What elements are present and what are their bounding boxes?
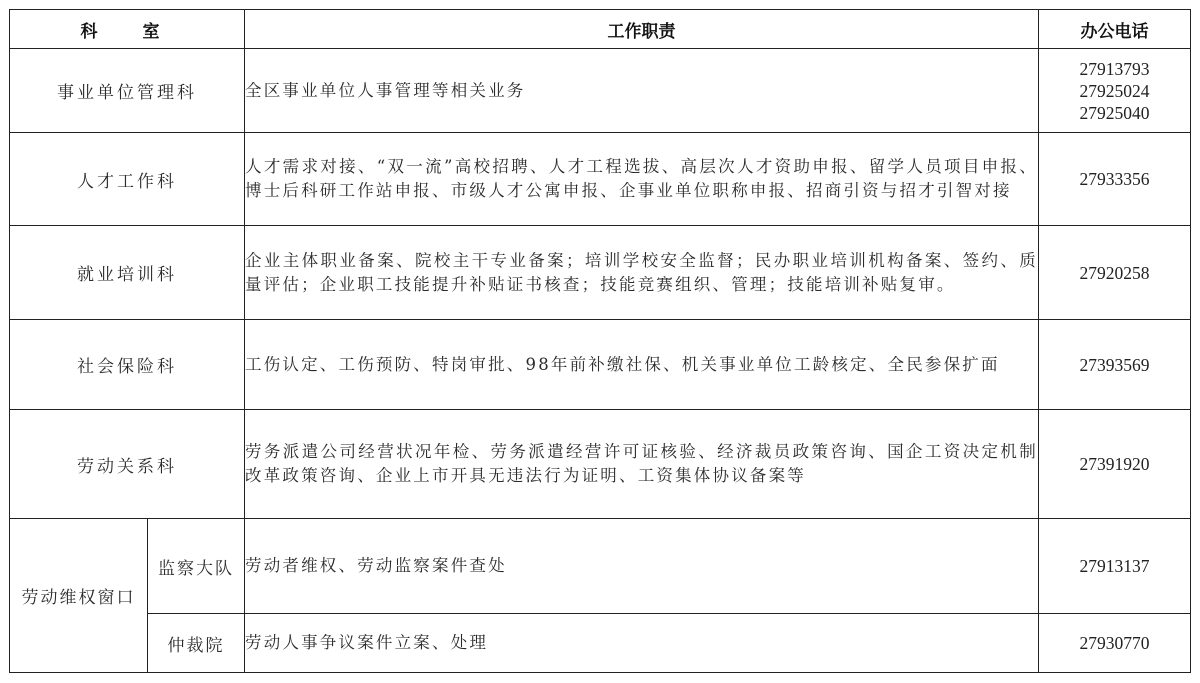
phone-cell: 27913793 27925024 27925040 [1039,49,1191,133]
group-department-name: 劳动维权窗口 [10,519,148,673]
header-row: 科 室 工作职责 办公电话 [10,10,1191,49]
department-name: 事业单位管理科 [10,49,245,133]
phone-number: 27913137 [1039,555,1190,577]
subunit-name: 仲裁院 [148,614,245,673]
header-phone: 办公电话 [1039,10,1191,49]
table-row: 社会保险科 工伤认定、工伤预防、特岗审批、98年前补缴社保、机关事业单位工龄核定… [10,320,1191,410]
duty-text: 企业主体职业备案、院校主干专业备案；培训学校安全监督；民办职业培训机构备案、签约… [245,226,1039,320]
duty-text: 劳动者维权、劳动监察案件查处 [245,519,1039,614]
duty-text: 劳动人事争议案件立案、处理 [245,614,1039,673]
table-row: 人才工作科 人才需求对接、“双一流”高校招聘、人才工程选拔、高层次人才资助申报、… [10,133,1191,226]
duty-text: 全区事业单位人事管理等相关业务 [245,49,1039,133]
duty-text: 人才需求对接、“双一流”高校招聘、人才工程选拔、高层次人才资助申报、留学人员项目… [245,133,1039,226]
department-name: 劳动关系科 [10,410,245,519]
phone-cell: 27930770 [1039,614,1191,673]
table-row: 劳动关系科 劳务派遣公司经营状况年检、劳务派遣经营许可证核验、经济裁员政策咨询、… [10,410,1191,519]
phone-cell: 27393569 [1039,320,1191,410]
department-name: 社会保险科 [10,320,245,410]
table-row: 就业培训科 企业主体职业备案、院校主干专业备案；培训学校安全监督；民办职业培训机… [10,226,1191,320]
phone-number: 27933356 [1039,168,1190,190]
department-name: 就业培训科 [10,226,245,320]
duty-text: 工伤认定、工伤预防、特岗审批、98年前补缴社保、机关事业单位工龄核定、全民参保扩… [245,320,1039,410]
phone-cell: 27933356 [1039,133,1191,226]
duty-text: 劳务派遣公司经营状况年检、劳务派遣经营许可证核验、经济裁员政策咨询、国企工资决定… [245,410,1039,519]
phone-number: 27925024 [1039,80,1190,102]
phone-number: 27391920 [1039,453,1190,475]
table-row: 劳动维权窗口 监察大队 劳动者维权、劳动监察案件查处 27913137 [10,519,1191,614]
subunit-name: 监察大队 [148,519,245,614]
department-duties-table: 科 室 工作职责 办公电话 事业单位管理科 全区事业单位人事管理等相关业务 27… [9,9,1191,673]
phone-number: 27930770 [1039,632,1190,654]
phone-cell: 27913137 [1039,519,1191,614]
phone-number: 27913793 [1039,58,1190,80]
phone-cell: 27391920 [1039,410,1191,519]
department-name: 人才工作科 [10,133,245,226]
phone-number: 27925040 [1039,102,1190,124]
header-department: 科 室 [10,10,245,49]
header-duties: 工作职责 [245,10,1039,49]
table-row: 事业单位管理科 全区事业单位人事管理等相关业务 27913793 2792502… [10,49,1191,133]
table-row: 仲裁院 劳动人事争议案件立案、处理 27930770 [10,614,1191,673]
phone-number: 27393569 [1039,354,1190,376]
phone-number: 27920258 [1039,262,1190,284]
phone-cell: 27920258 [1039,226,1191,320]
